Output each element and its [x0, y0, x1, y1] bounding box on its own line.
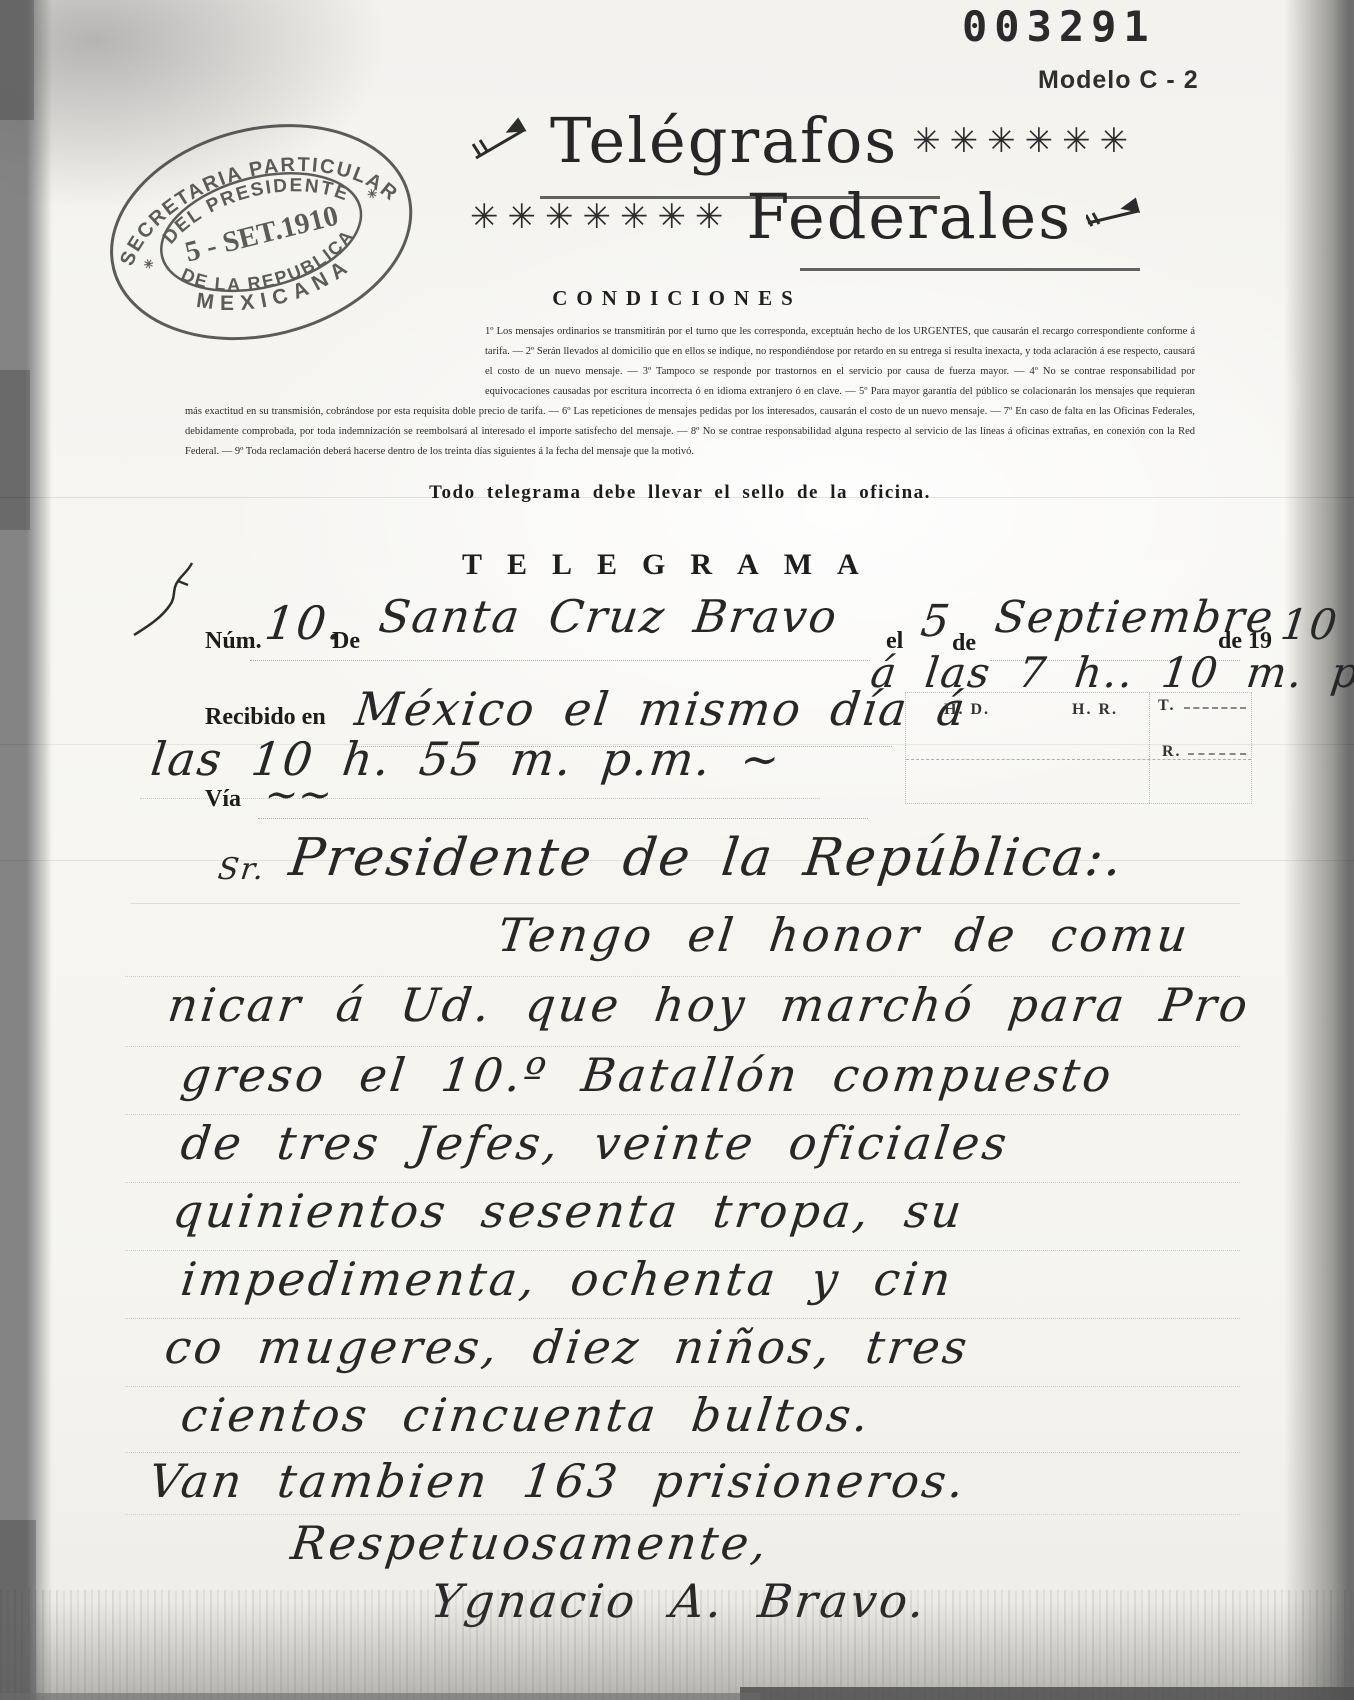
scan-edge-right: [1284, 0, 1354, 1700]
scan-bottom-shadow: [0, 1600, 1354, 1700]
day-value: 5: [918, 596, 954, 647]
ruled-line: [125, 1386, 1240, 1387]
scanned-telegram-page: 003291 Modelo C - 2 SECRETARIA PARTICULA…: [0, 0, 1354, 1700]
addressee-title: Presidente de la República:.: [286, 828, 1127, 888]
received-time-value: las 10 h. 55 m. p.m. ~: [148, 732, 785, 786]
routing-code-box: H. D. H. R. T. R.: [905, 692, 1252, 804]
ruled-line: [125, 1182, 1240, 1183]
conditions-fine-print: 1º Los mensajes ordinarios se transmitir…: [185, 322, 1195, 462]
received-label: Recibido en: [205, 704, 326, 731]
scan-bottom-strip: [740, 1687, 1354, 1700]
arrow-ornament-icon: [472, 112, 536, 170]
origin-label: De: [332, 628, 360, 655]
ruled-line: [125, 976, 1240, 977]
ruled-line: [125, 1318, 1240, 1319]
r-dash-line: [1188, 753, 1246, 755]
form-rule: [140, 798, 820, 799]
origin-value: Santa Cruz Bravo: [376, 590, 841, 643]
via-value: ~~: [262, 772, 335, 818]
telegram-title: TELEGRAMA: [462, 548, 884, 582]
hr-header: H. R.: [1072, 701, 1118, 719]
scan-edge-shadow: [0, 370, 30, 530]
t-dash-line: [1184, 707, 1246, 709]
body-line: nicar á Ud. que hoy marchó para Pro: [165, 978, 1253, 1032]
via-label: Vía: [205, 786, 241, 813]
letterhead-word-federales: Federales: [746, 180, 1072, 253]
body-line: co mugeres, diez niños, tres: [162, 1320, 973, 1374]
scan-bottom-strip: [0, 1693, 760, 1700]
conditions-title: CONDICIONES: [0, 286, 1354, 311]
ruled-line: [125, 1114, 1240, 1115]
received-place-value: México el mismo día á: [352, 682, 970, 736]
asterisk-ornament-row: ✳✳✳✳✳✳: [912, 121, 1137, 161]
body-line: quinientos sesenta tropa, su: [170, 1184, 967, 1238]
ruled-line: [125, 1250, 1240, 1251]
seal-notice: Todo telegrama debe llevar el sello de l…: [370, 482, 990, 504]
pen-flourish: [132, 555, 212, 645]
year-value: 10: [1278, 600, 1341, 649]
closing-line: Respetuosamente,: [288, 1516, 772, 1570]
arrow-ornament-icon: [1086, 195, 1150, 239]
stamp-clearance-spacer: [185, 322, 485, 402]
r-header: R.: [1162, 743, 1182, 761]
scan-line: [130, 903, 1240, 904]
ruled-line: [125, 1046, 1240, 1047]
body-line: Van tambien 163 prisioneros.: [146, 1454, 970, 1508]
form-rule: [250, 660, 870, 661]
body-line: Tengo el honor de comu: [495, 908, 1193, 962]
letterhead-line2: ✳✳✳✳✳✳✳ Federales: [470, 180, 1150, 253]
form-rule: [258, 818, 868, 819]
ruled-line: [125, 1514, 1240, 1515]
letterhead-rule: [800, 268, 1140, 271]
num-label: Núm.: [205, 628, 262, 655]
stamp-side-mark-icon: ✳: [142, 256, 155, 272]
body-line: cientos cincuenta bultos.: [178, 1388, 874, 1442]
ruled-line: [125, 1452, 1240, 1453]
letterhead-word-telegrafos: Telégrafos: [550, 104, 898, 177]
addressee-honorific: Sr.: [216, 852, 267, 887]
body-line: impedimenta, ochenta y cin: [178, 1252, 957, 1306]
asterisk-ornament-row: ✳✳✳✳✳✳✳: [470, 197, 732, 237]
letterhead-line1: Telégrafos ✳✳✳✳✳✳: [472, 104, 1137, 177]
t-header: T.: [1158, 697, 1175, 715]
routing-box-divider: [906, 759, 1251, 760]
document-number: 003291: [962, 2, 1156, 51]
body-line: greso el 10.º Batallón compuesto: [178, 1048, 1117, 1102]
body-line: de tres Jefes, veinte oficiales: [178, 1116, 1012, 1170]
hd-header: H. D.: [944, 701, 990, 719]
routing-box-divider: [1149, 693, 1150, 803]
form-model-label: Modelo C - 2: [1038, 66, 1199, 95]
